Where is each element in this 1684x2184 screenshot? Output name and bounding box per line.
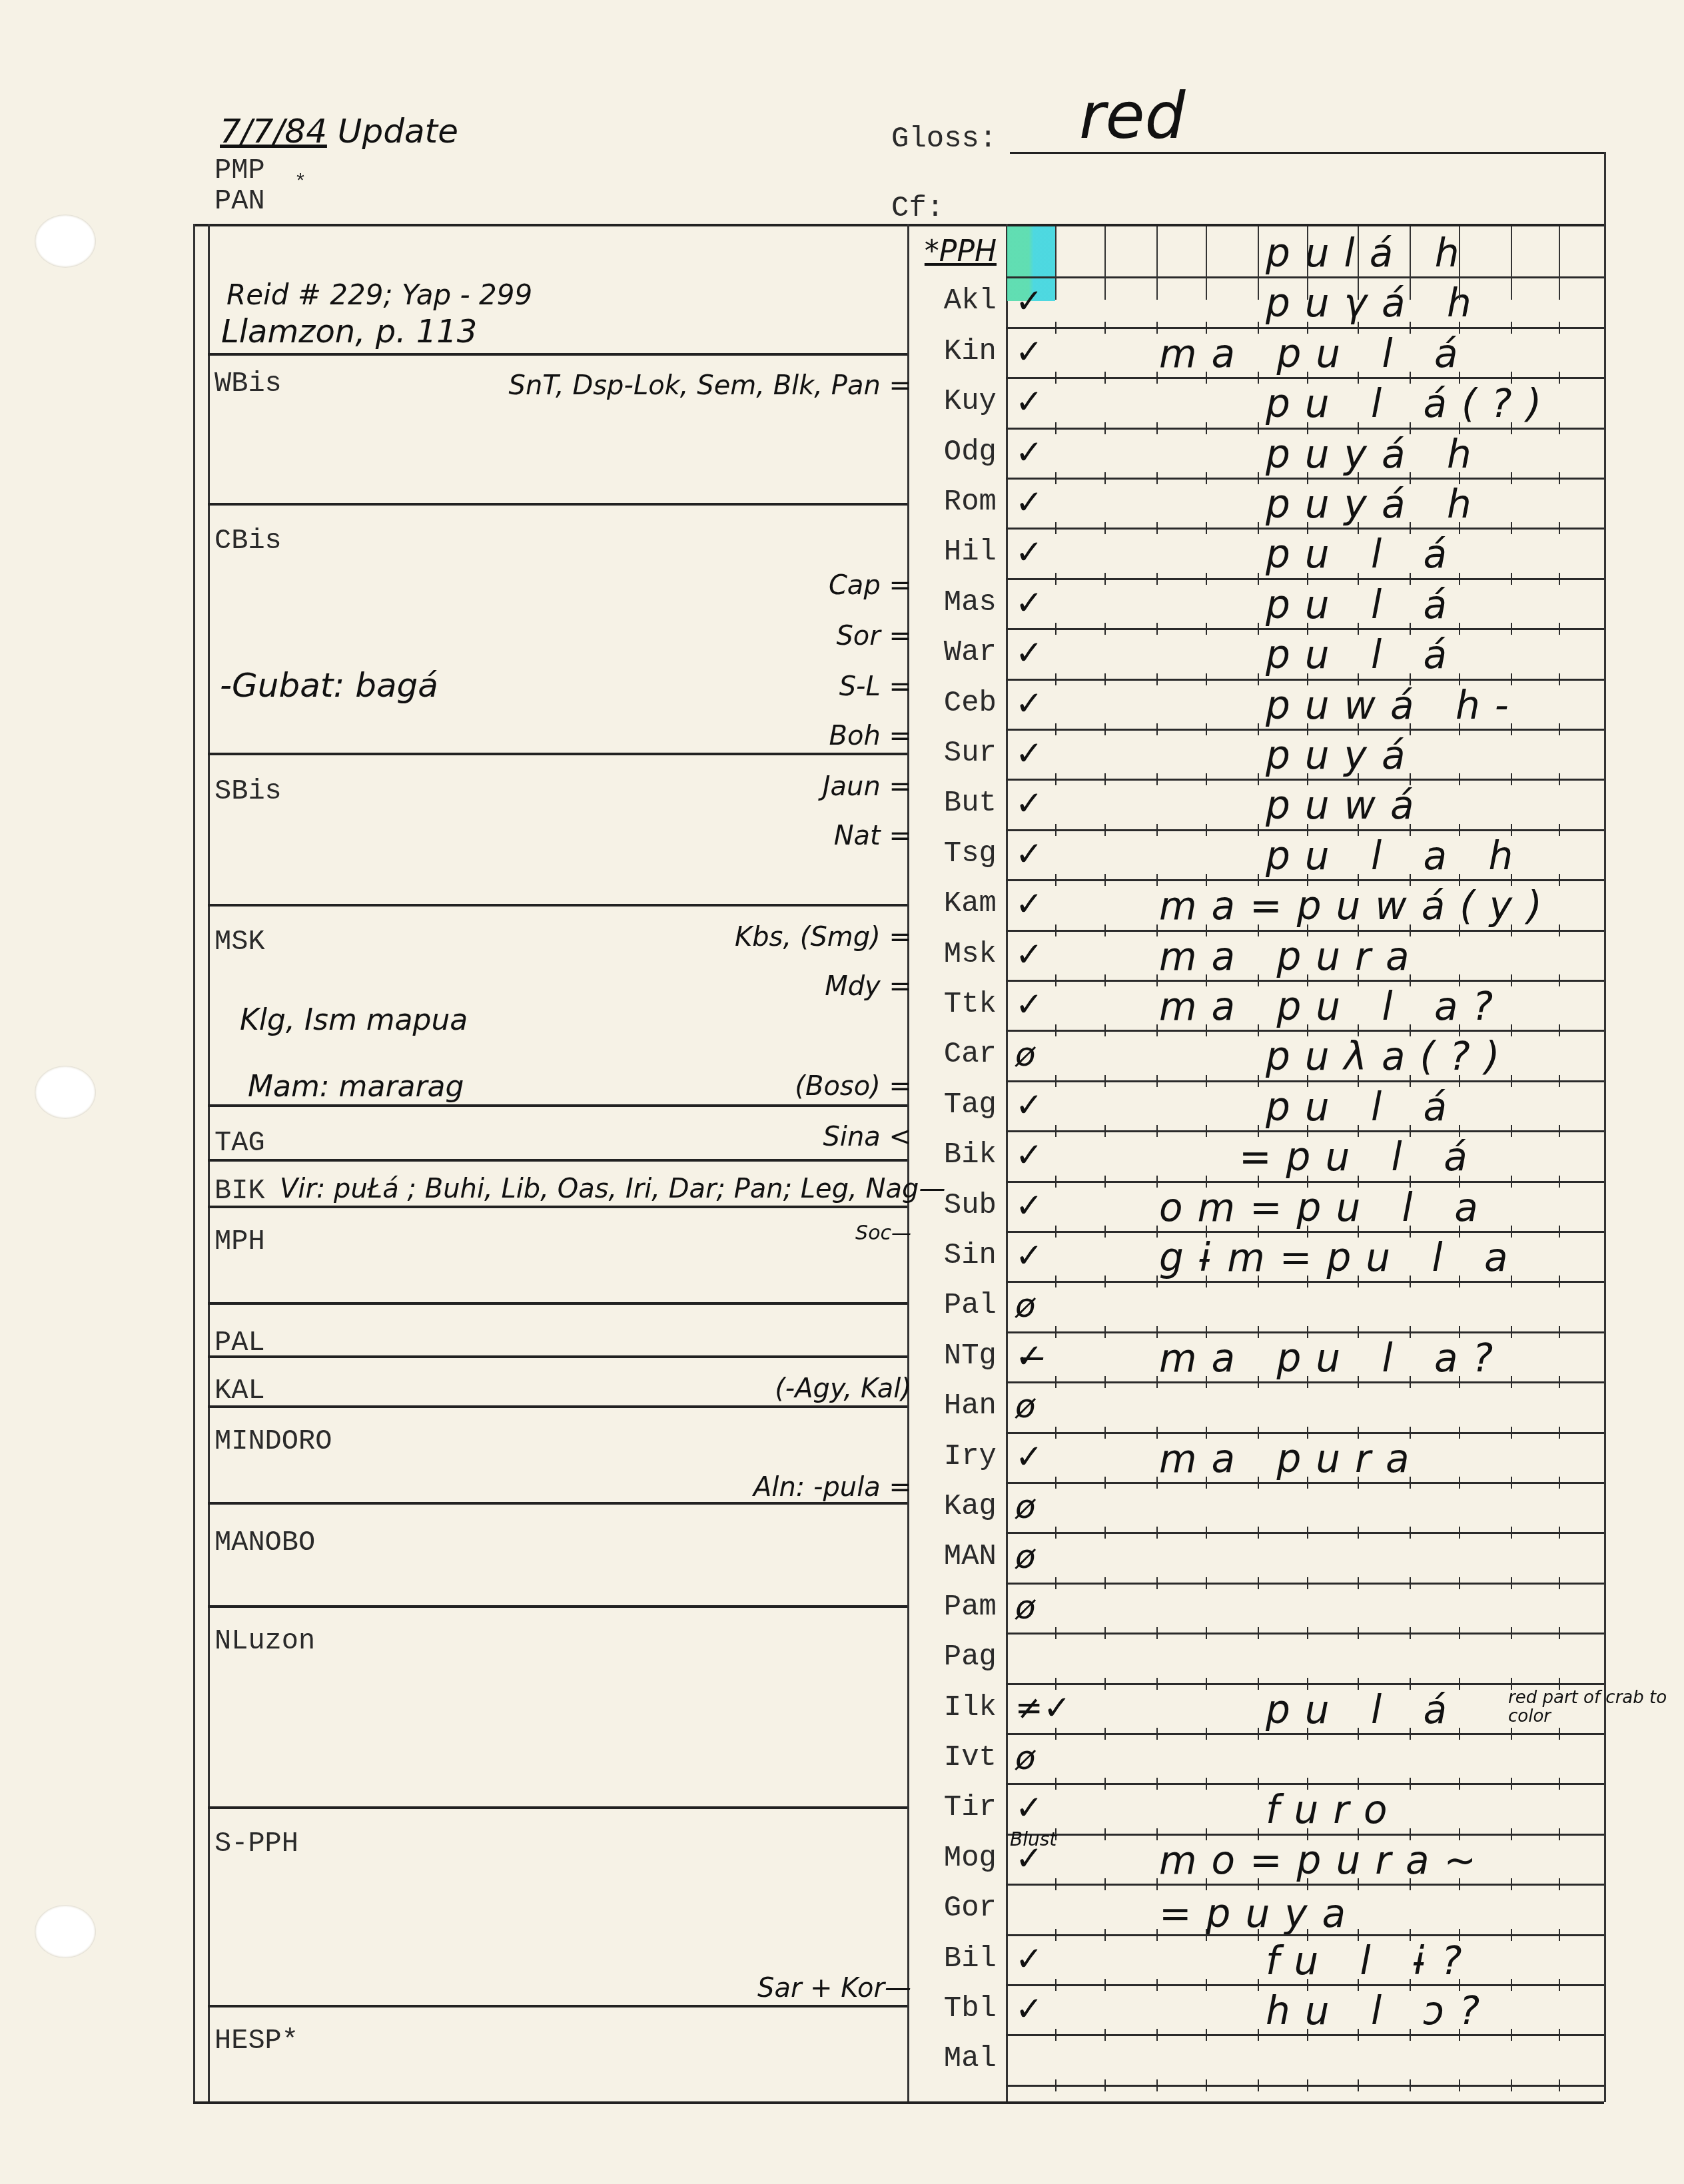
grid-tick	[1156, 1728, 1158, 1740]
cognate-mark: ✓	[1015, 628, 1043, 678]
grid-tick	[1459, 1577, 1460, 1589]
bik-note: Vir: puŁá ; Buhi, Lib, Oas, Iri, Dar; Pa…	[280, 1174, 945, 1204]
reflex-form: ma pura	[1159, 1432, 1424, 1482]
cognate-mark: ✓	[1015, 1783, 1043, 1833]
xref-tag: Sina <	[823, 1122, 911, 1152]
grid-tick	[1055, 623, 1056, 635]
cognate-mark: ✓	[1015, 428, 1043, 478]
reflex-form: om=pu l a	[1159, 1181, 1493, 1231]
grid-tick	[1258, 1678, 1259, 1690]
group-divider	[907, 224, 909, 2102]
row-line	[1006, 1381, 1604, 1383]
reflex-form: puyá	[1266, 729, 1420, 779]
xref-kam: Kbs, (Smg) =	[735, 922, 911, 952]
grid-tick	[1156, 1226, 1158, 1238]
group-label: MPH	[214, 1226, 265, 1258]
grid-tick	[1258, 1929, 1259, 1941]
grid-tick	[1055, 1979, 1056, 1991]
row-line	[1006, 1733, 1604, 1735]
language-code: Tsg	[911, 829, 997, 879]
cognate-mark: ø	[1015, 1381, 1036, 1431]
grid-tick	[1307, 1878, 1308, 1890]
row-line	[1006, 1633, 1604, 1635]
group-label: HESP*	[214, 2025, 298, 2057]
cognate-mark: ✓	[1015, 679, 1043, 729]
grid-tick	[1511, 1979, 1512, 1991]
reflex-form: mo=pura~ =puya	[1159, 1834, 1684, 1884]
grid-tick	[1410, 1878, 1411, 1890]
grid-tick	[1206, 1577, 1207, 1589]
grid-tick	[1358, 1527, 1359, 1539]
grid-tick	[1104, 422, 1106, 434]
header-cell-divider	[1104, 226, 1106, 300]
cognate-mark: ✓	[1015, 327, 1043, 377]
grid-tick	[1206, 573, 1207, 585]
reflex-form: fu l ɨ?	[1266, 1934, 1477, 1984]
grid-tick	[1511, 573, 1512, 585]
grid-tick	[1559, 1275, 1560, 1287]
language-code: Pag	[911, 1633, 997, 1682]
grid-tick	[1358, 2029, 1359, 2041]
grid-tick	[1258, 1024, 1259, 1036]
grid-tick	[1258, 1627, 1259, 1639]
grid-tick	[1055, 573, 1056, 585]
grid-tick	[1511, 1275, 1512, 1287]
grid-tick	[1258, 1878, 1259, 1890]
grid-tick	[1104, 1125, 1106, 1137]
cognate-mark: ✓	[1015, 1934, 1043, 1984]
grid-tick	[1559, 623, 1560, 635]
grid-tick	[1055, 372, 1056, 384]
language-code: Tag	[911, 1080, 997, 1130]
grid-tick	[1410, 1477, 1411, 1489]
grid-tick	[1156, 472, 1158, 484]
group-separator	[208, 1302, 907, 1305]
grid-tick	[1258, 422, 1259, 434]
grid-tick	[1104, 322, 1106, 334]
grid-tick	[1156, 924, 1158, 936]
grid-tick	[1104, 372, 1106, 384]
proto-star: *	[294, 172, 306, 194]
grid-tick	[1358, 1477, 1359, 1489]
grid-tick	[1410, 1275, 1411, 1287]
grid-tick	[1459, 1728, 1460, 1740]
grid-tick	[1206, 2079, 1207, 2091]
language-code: Gor	[911, 1884, 997, 1934]
reflex-form: puγá h	[1266, 276, 1486, 326]
grid-tick	[1258, 472, 1259, 484]
table-inner-left-border	[208, 224, 210, 2102]
language-code: Rom	[911, 478, 997, 528]
grid-tick	[1358, 1577, 1359, 1589]
grid-tick	[1511, 2029, 1512, 2041]
reflex-form: pulá h	[1266, 226, 1473, 276]
language-code: But	[911, 779, 997, 829]
cognate-mark: ø	[1015, 1030, 1036, 1080]
group-separator	[208, 1405, 907, 1408]
grid-tick	[1511, 1176, 1512, 1188]
grid-tick	[1559, 322, 1560, 334]
cognate-mark: ✓	[1015, 829, 1043, 879]
grid-tick	[1104, 773, 1106, 785]
grid-tick	[1156, 974, 1158, 986]
grid-tick	[1511, 1326, 1512, 1338]
cognate-mark: ≠✓	[1015, 1683, 1071, 1733]
xref-car: (Boso) =	[795, 1071, 911, 1102]
grid-tick	[1559, 1376, 1560, 1388]
grid-tick	[1511, 322, 1512, 334]
reflex-form: puwá	[1266, 779, 1429, 829]
group-label: TAG	[214, 1127, 265, 1159]
grid-tick	[1156, 1427, 1158, 1439]
row-line	[1006, 2034, 1604, 2036]
grid-tick	[1055, 1929, 1056, 1941]
grid-tick	[1104, 1275, 1106, 1287]
grid-tick	[1104, 924, 1106, 936]
grid-tick	[1459, 1878, 1460, 1890]
grid-tick	[1559, 824, 1560, 836]
grid-tick	[1206, 1125, 1207, 1137]
grid-tick	[1559, 673, 1560, 685]
grid-tick	[1104, 1878, 1106, 1890]
header-cell-divider	[1307, 226, 1308, 300]
group-label: MANOBO	[214, 1527, 315, 1559]
grid-tick	[1258, 522, 1259, 534]
grid-tick	[1559, 773, 1560, 785]
reflex-form: pu l á	[1266, 528, 1462, 577]
grid-tick	[1156, 573, 1158, 585]
cognate-mark: ø	[1015, 1482, 1036, 1532]
row-line	[1006, 1281, 1604, 1283]
language-code: Car	[911, 1030, 997, 1080]
table-right-border	[1604, 152, 1606, 2102]
grid-tick	[1104, 1477, 1106, 1489]
grid-tick	[1459, 1376, 1460, 1388]
reflex-form: puyá h	[1266, 478, 1486, 528]
grid-tick	[1055, 322, 1056, 334]
grid-tick	[1559, 1024, 1560, 1036]
cf-label: Cf:	[891, 192, 944, 225]
grid-tick	[1258, 1778, 1259, 1790]
grid-tick	[1358, 2079, 1359, 2091]
header-cell-divider	[1410, 226, 1411, 300]
grid-tick	[1055, 673, 1056, 685]
grid-tick	[1511, 1527, 1512, 1539]
grid-tick	[1156, 723, 1158, 735]
row-line	[1006, 2085, 1604, 2087]
cognate-mark: ✓	[1015, 1080, 1043, 1130]
grid-tick	[1156, 322, 1158, 334]
grid-tick	[1104, 623, 1106, 635]
gubat-note: -Gubat: bagá	[220, 666, 438, 705]
reflex-form: ma pu l a?	[1159, 980, 1507, 1030]
grid-tick	[1206, 1527, 1207, 1539]
grid-tick	[1307, 1275, 1308, 1287]
grid-tick	[1258, 723, 1259, 735]
header-cell-divider	[1459, 226, 1460, 300]
grid-tick	[1156, 1024, 1158, 1036]
grid-tick	[1358, 1627, 1359, 1639]
group-separator	[208, 904, 907, 907]
reflex-form: ma=puwá(y)	[1159, 879, 1557, 929]
group-label: MINDORO	[214, 1425, 332, 1457]
grid-tick	[1206, 1929, 1207, 1941]
grid-tick	[1104, 2079, 1106, 2091]
grid-tick	[1104, 723, 1106, 735]
grid-tick	[1258, 623, 1259, 635]
xref-sur: Jaun =	[823, 771, 911, 802]
grid-tick	[1206, 1275, 1207, 1287]
grid-tick	[1055, 2029, 1056, 2041]
grid-tick	[1307, 2029, 1308, 2041]
group-separator	[208, 1605, 907, 1608]
grid-tick	[1055, 472, 1056, 484]
grid-tick	[1055, 1075, 1056, 1087]
grid-tick	[1258, 824, 1259, 836]
group-label: NLuzon	[214, 1625, 315, 1657]
cognate-mark: ø	[1015, 1532, 1036, 1582]
grid-tick	[1258, 1728, 1259, 1740]
grid-tick	[1156, 1275, 1158, 1287]
group-label: PAL	[214, 1327, 265, 1359]
grid-tick	[1104, 974, 1106, 986]
xref-ceb: Boh =	[829, 721, 912, 751]
cognate-mark: ✓	[1015, 729, 1043, 779]
group-separator	[208, 1806, 907, 1809]
grid-tick	[1511, 1376, 1512, 1388]
language-code: Pal	[911, 1281, 997, 1331]
grid-tick	[1104, 472, 1106, 484]
grid-tick	[1459, 2029, 1460, 2041]
grid-tick	[1559, 1627, 1560, 1639]
grid-tick	[1156, 422, 1158, 434]
language-code: Odg	[911, 428, 997, 478]
grid-tick	[1258, 773, 1259, 785]
grid-tick	[1156, 522, 1158, 534]
group-separator	[208, 1104, 907, 1107]
pan-label: PAN	[214, 185, 265, 217]
grid-tick	[1511, 1577, 1512, 1589]
cognate-mark: ✓	[1015, 377, 1043, 427]
table-left-border	[193, 224, 195, 2102]
grid-tick	[1559, 422, 1560, 434]
grid-tick	[1055, 1176, 1056, 1188]
row-line	[1006, 1532, 1604, 1534]
grid-tick	[1055, 974, 1056, 986]
grid-tick	[1511, 522, 1512, 534]
grid-tick	[1104, 1979, 1106, 1991]
xref-ntg: (-Agy, Kal)	[775, 1373, 911, 1404]
cognate-mark: ✓̶	[1015, 1331, 1043, 1381]
grid-tick	[1055, 1728, 1056, 1740]
language-code: Sub	[911, 1181, 997, 1231]
cognate-mark: ✓	[1015, 578, 1043, 628]
language-code: Mal	[911, 2034, 997, 2084]
grid-tick	[1258, 673, 1259, 685]
grid-tick	[1307, 1728, 1308, 1740]
grid-tick	[1559, 974, 1560, 986]
grid-tick	[1307, 1477, 1308, 1489]
grid-tick	[1104, 1728, 1106, 1740]
grid-tick	[1156, 1075, 1158, 1087]
grid-tick	[1511, 472, 1512, 484]
date-suffix: Update	[338, 112, 458, 151]
grid-tick	[1156, 1627, 1158, 1639]
language-code: Ceb	[911, 679, 997, 729]
grid-tick	[1511, 1075, 1512, 1087]
grid-tick	[1410, 2079, 1411, 2091]
reflex-form: puyá h	[1266, 428, 1486, 478]
grid-tick	[1055, 723, 1056, 735]
reflex-form: pu l a h	[1266, 829, 1527, 879]
reflex-form: puλa(?)	[1266, 1030, 1514, 1080]
grid-tick	[1206, 824, 1207, 836]
grid-tick	[1206, 472, 1207, 484]
grid-tick	[1511, 1778, 1512, 1790]
grid-tick	[1559, 472, 1560, 484]
grid-tick	[1156, 2079, 1158, 2091]
header-cell-divider	[1358, 226, 1359, 300]
group-label: MSK	[214, 926, 265, 958]
grid-tick	[1055, 1376, 1056, 1388]
group-label: KAL	[214, 1375, 265, 1407]
grid-tick	[1511, 422, 1512, 434]
reflex-form: pu l á(?)	[1266, 377, 1556, 427]
grid-tick	[1206, 1979, 1207, 1991]
grid-tick	[1307, 1527, 1308, 1539]
grid-tick	[1511, 974, 1512, 986]
grid-tick	[1511, 1627, 1512, 1639]
grid-tick	[1559, 723, 1560, 735]
grid-tick	[1258, 1477, 1259, 1489]
grid-tick	[1206, 723, 1207, 735]
language-code: Tbl	[911, 1984, 997, 2034]
cognate-mark: ✓	[1015, 1231, 1043, 1281]
grid-tick	[1258, 1275, 1259, 1287]
grid-tick	[1055, 1778, 1056, 1790]
language-code: War	[911, 628, 997, 678]
grid-tick	[1055, 1477, 1056, 1489]
grid-tick	[1055, 924, 1056, 936]
grid-tick	[1104, 1929, 1106, 1941]
grid-tick	[1206, 422, 1207, 434]
grid-tick	[1459, 773, 1460, 785]
grid-tick	[1055, 522, 1056, 534]
grid-tick	[1156, 623, 1158, 635]
grid-tick	[1511, 1477, 1512, 1489]
grid-tick	[1307, 1627, 1308, 1639]
update-date: 7/7/84 Update	[220, 112, 458, 151]
reflex-form: =pu l á	[1239, 1130, 1482, 1180]
row-line	[1006, 1482, 1604, 1484]
grid-tick	[1410, 1728, 1411, 1740]
grid-tick	[1156, 773, 1158, 785]
grid-tick	[1559, 1728, 1560, 1740]
grid-tick	[1410, 1376, 1411, 1388]
check-column-border	[1006, 224, 1008, 2102]
grid-tick	[1358, 1878, 1359, 1890]
grid-tick	[1459, 1527, 1460, 1539]
grid-tick	[1055, 1326, 1056, 1338]
grid-tick	[1206, 372, 1207, 384]
xref-msk: Mdy =	[825, 971, 911, 1002]
grid-tick	[1104, 673, 1106, 685]
grid-tick	[1459, 1275, 1460, 1287]
grid-tick	[1156, 673, 1158, 685]
grid-tick	[1206, 522, 1207, 534]
reference-line-2: Llamzon, p. 113	[221, 313, 477, 350]
grid-tick	[1156, 2029, 1158, 2041]
grid-tick	[1559, 1075, 1560, 1087]
reflex-form: puwá h-	[1266, 679, 1523, 729]
reflex-form: pu l á	[1266, 1683, 1462, 1733]
grid-tick	[1104, 1527, 1106, 1539]
grid-tick	[1156, 1828, 1158, 1840]
language-code: MAN	[911, 1532, 997, 1582]
group-label: BIK	[214, 1175, 265, 1207]
grid-tick	[1206, 1627, 1207, 1639]
language-code: Tir	[911, 1783, 997, 1833]
cognate-mark: ✓	[1015, 1181, 1043, 1231]
language-code: Msk	[911, 930, 997, 980]
header-cell-divider	[1559, 226, 1560, 300]
table-bottom-border	[193, 2101, 1604, 2104]
grid-tick	[1410, 1778, 1411, 1790]
grid-tick	[1258, 1527, 1259, 1539]
mark-note: Blust	[1010, 1828, 1056, 1850]
grid-tick	[1307, 1577, 1308, 1589]
language-code: Iry	[911, 1432, 997, 1482]
grid-tick	[1258, 2079, 1259, 2091]
grid-tick	[1055, 1275, 1056, 1287]
grid-tick	[1055, 1125, 1056, 1137]
xref-kin: SnT, Dsp-Lok, Sem, Blk, Pan =	[509, 370, 911, 401]
reflex-form: pu l á	[1266, 1080, 1462, 1130]
reflex-form: gɨm=pu l a	[1159, 1231, 1523, 1281]
grid-tick	[1559, 1929, 1560, 1941]
grid-tick	[1559, 1427, 1560, 1439]
margin-note: red part of crab to color	[1508, 1688, 1681, 1726]
grid-tick	[1206, 673, 1207, 685]
grid-tick	[1206, 623, 1207, 635]
grid-tick	[1410, 2029, 1411, 2041]
language-code: Pam	[911, 1583, 997, 1633]
header-cell-divider	[1258, 226, 1259, 300]
grid-tick	[1206, 1778, 1207, 1790]
grid-tick	[1206, 1376, 1207, 1388]
grid-tick	[1104, 1226, 1106, 1238]
group-separator	[208, 2005, 907, 2007]
group-label: S-PPH	[214, 1828, 298, 1860]
grid-tick	[1307, 2079, 1308, 2091]
msk-mam-note: Mam: mararag	[248, 1070, 464, 1104]
grid-tick	[1258, 2029, 1259, 2041]
group-label: WBis	[214, 368, 282, 400]
grid-tick	[1459, 1427, 1460, 1439]
group-separator	[208, 503, 907, 506]
header-cell-divider	[1156, 226, 1158, 300]
grid-tick	[1104, 1326, 1106, 1338]
header-cell-divider	[1206, 226, 1207, 300]
reflex-form: ma pu l a?	[1159, 1331, 1507, 1381]
xref-hil: Cap =	[829, 570, 911, 601]
grid-tick	[1258, 372, 1259, 384]
grid-tick	[1055, 1427, 1056, 1439]
grid-tick	[1559, 2029, 1560, 2041]
grid-tick	[1055, 2079, 1056, 2091]
grid-tick	[1104, 1376, 1106, 1388]
cognate-mark: ✓	[1015, 879, 1043, 929]
